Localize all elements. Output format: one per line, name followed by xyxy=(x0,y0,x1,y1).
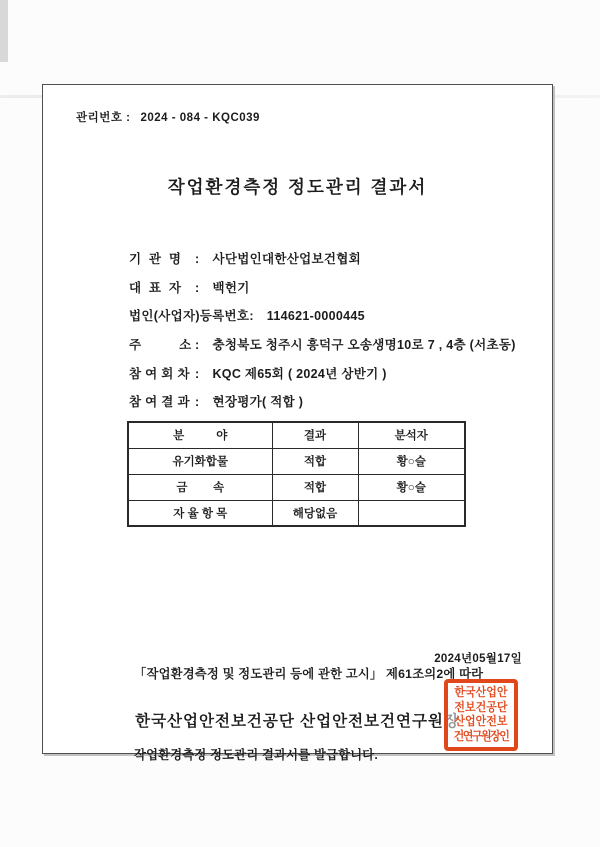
table-header-result: 결과 xyxy=(272,422,358,448)
notice-line-1: 「작업환경측정 및 정도관리 등에 관한 고시」 제61조의2에 따라 xyxy=(134,661,483,688)
field-colon: : xyxy=(195,252,199,266)
field-colon: : xyxy=(195,367,199,381)
table-cell-analyst: 황○슬 xyxy=(358,448,465,474)
field-colon: : xyxy=(195,338,199,352)
field-value: 114621-0000445 xyxy=(267,309,365,323)
field-value: KQC 제65회 ( 2024년 상반기 ) xyxy=(212,367,386,381)
field-row-participation-result: 참 여 결 과:현장평가( 적합 ) xyxy=(129,392,303,410)
field-row-address: 주 소:충청북도 청주시 흥덕구 오송생명10로 7 , 4층 (서초동) xyxy=(129,335,516,353)
table-header-analyst: 분석자 xyxy=(358,422,465,448)
field-row-participation-round: 참 여 회 차:KQC 제65회 ( 2024년 상반기 ) xyxy=(129,364,387,382)
table-header-row: 분 야 결과 분석자 xyxy=(128,422,465,448)
notice-line-2: 작업환경측정 정도관리 결과서를 발급합니다. xyxy=(134,742,483,769)
field-colon: : xyxy=(195,281,199,295)
management-number-value: 2024 - 084 - KQC039 xyxy=(140,112,259,124)
table-header-field: 분 야 xyxy=(128,422,272,448)
table-row: 금 속 적합 황○슬 xyxy=(128,474,465,500)
official-seal: 한국산업안 전보건공단 산업안전보 건연구원장인 xyxy=(444,679,518,751)
management-number-colon: : xyxy=(126,112,130,124)
seal-text-row: 건연구원장인 xyxy=(450,729,512,744)
seal-text-row: 산업안전보 xyxy=(450,715,512,730)
seal-text-row: 전보건공단 xyxy=(450,700,512,715)
issue-date: 2024년05월17일 xyxy=(434,650,522,666)
field-colon: : xyxy=(249,309,253,323)
field-value: 사단법인대한산업보건협회 xyxy=(212,252,361,266)
table-row: 유기화합물 적합 황○슬 xyxy=(128,448,465,474)
field-label: 대 표 자 xyxy=(129,278,195,296)
field-row-representative: 대 표 자:백헌기 xyxy=(129,278,250,296)
management-number-label: 관리번호 xyxy=(76,112,122,124)
seal-text-row: 한국산업안 xyxy=(450,686,512,701)
field-value: 충청북도 청주시 흥덕구 오송생명10로 7 , 4층 (서초동) xyxy=(212,338,515,352)
field-label: 법인(사업자)등록번호 xyxy=(129,306,249,324)
field-label: 참 여 결 과 xyxy=(129,392,195,410)
document-border-frame: 관리번호 :2024 - 084 - KQC039 작업환경측정 정도관리 결과… xyxy=(42,84,553,754)
field-label: 기 관 명 xyxy=(129,249,195,267)
table-cell-field: 유기화합물 xyxy=(128,448,272,474)
table-cell-analyst: 황○슬 xyxy=(358,474,465,500)
field-row-agency-name: 기 관 명:사단법인대한산업보건협회 xyxy=(129,249,361,267)
field-row-registration-number: 법인(사업자)등록번호:114621-0000445 xyxy=(129,306,365,324)
field-label: 주 소 xyxy=(129,335,195,353)
table-cell-result: 해당없음 xyxy=(272,500,358,526)
scanned-document-page: { "doc": { "management_label": "관리번호", "… xyxy=(0,0,600,847)
scan-artifact-corner xyxy=(0,0,8,62)
field-value: 백헌기 xyxy=(212,281,249,295)
table-cell-analyst xyxy=(358,500,465,526)
field-value: 현장평가( 적합 ) xyxy=(212,395,303,409)
table-cell-result: 적합 xyxy=(272,448,358,474)
results-table: 분 야 결과 분석자 유기화합물 적합 황○슬 금 속 적합 황○슬 자 율 항… xyxy=(127,421,466,527)
field-colon: : xyxy=(195,395,199,409)
management-number-line: 관리번호 :2024 - 084 - KQC039 xyxy=(76,109,260,125)
table-row: 자 율 항 목 해당없음 xyxy=(128,500,465,526)
table-cell-result: 적합 xyxy=(272,474,358,500)
field-label: 참 여 회 차 xyxy=(129,364,195,382)
document-title: 작업환경측정 정도관리 결과서 xyxy=(43,174,552,199)
table-cell-field: 자 율 항 목 xyxy=(128,500,272,526)
table-cell-field: 금 속 xyxy=(128,474,272,500)
